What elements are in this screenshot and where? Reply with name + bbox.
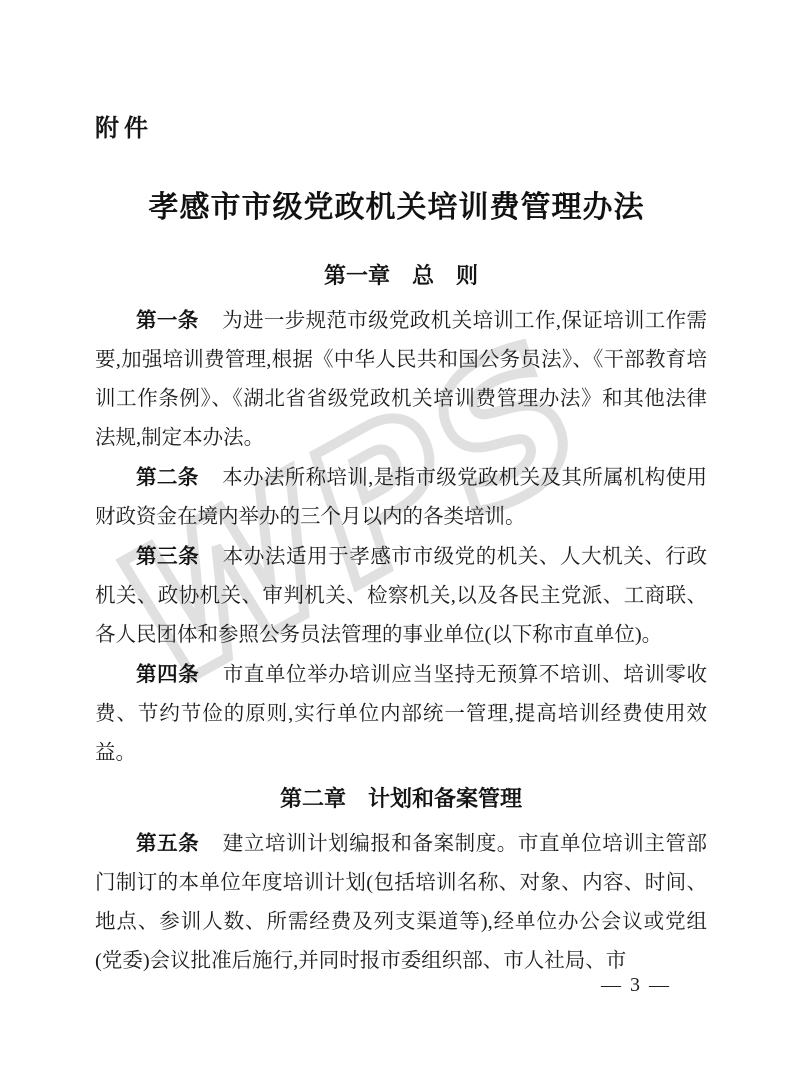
article-3-label: 第三条 [136, 545, 199, 568]
article-1: 第一条为进一步规范市级党政机关培训工作,保证培训工作需要,加强培训费管理,根据《… [95, 301, 707, 458]
document-page: WPS 附件 孝感市市级党政机关培训费管理办法 第一章 总 则 第一条为进一步规… [0, 0, 793, 1077]
page-number: — 3 — [601, 974, 671, 997]
document-title: 孝感市市级党政机关培训费管理办法 [0, 182, 793, 226]
article-2-label: 第二条 [136, 466, 199, 489]
document-body: 第一章 总 则 第一条为进一步规范市级党政机关培训工作,保证培训工作需要,加强培… [95, 256, 707, 981]
article-5-label: 第五条 [136, 832, 199, 855]
chapter-1-heading: 第一章 总 则 [95, 256, 707, 295]
attachment-label: 附件 [95, 108, 153, 143]
article-4-label: 第四条 [136, 663, 199, 686]
article-3: 第三条本办法适用于孝感市市级党的机关、人大机关、行政机关、政协机关、审判机关、检… [95, 537, 707, 655]
article-1-label: 第一条 [136, 309, 199, 332]
article-5: 第五条建立培训计划编报和备案制度。市直单位培训主管部门制订的本单位年度培训计划(… [95, 824, 707, 981]
chapter-2-heading: 第二章 计划和备案管理 [95, 779, 707, 818]
article-2: 第二条本办法所称培训,是指市级党政机关及其所属机构使用财政资金在境内举办的三个月… [95, 458, 707, 537]
article-4: 第四条市直单位举办培训应当坚持无预算不培训、培训零收费、节约节俭的原则,实行单位… [95, 655, 707, 773]
